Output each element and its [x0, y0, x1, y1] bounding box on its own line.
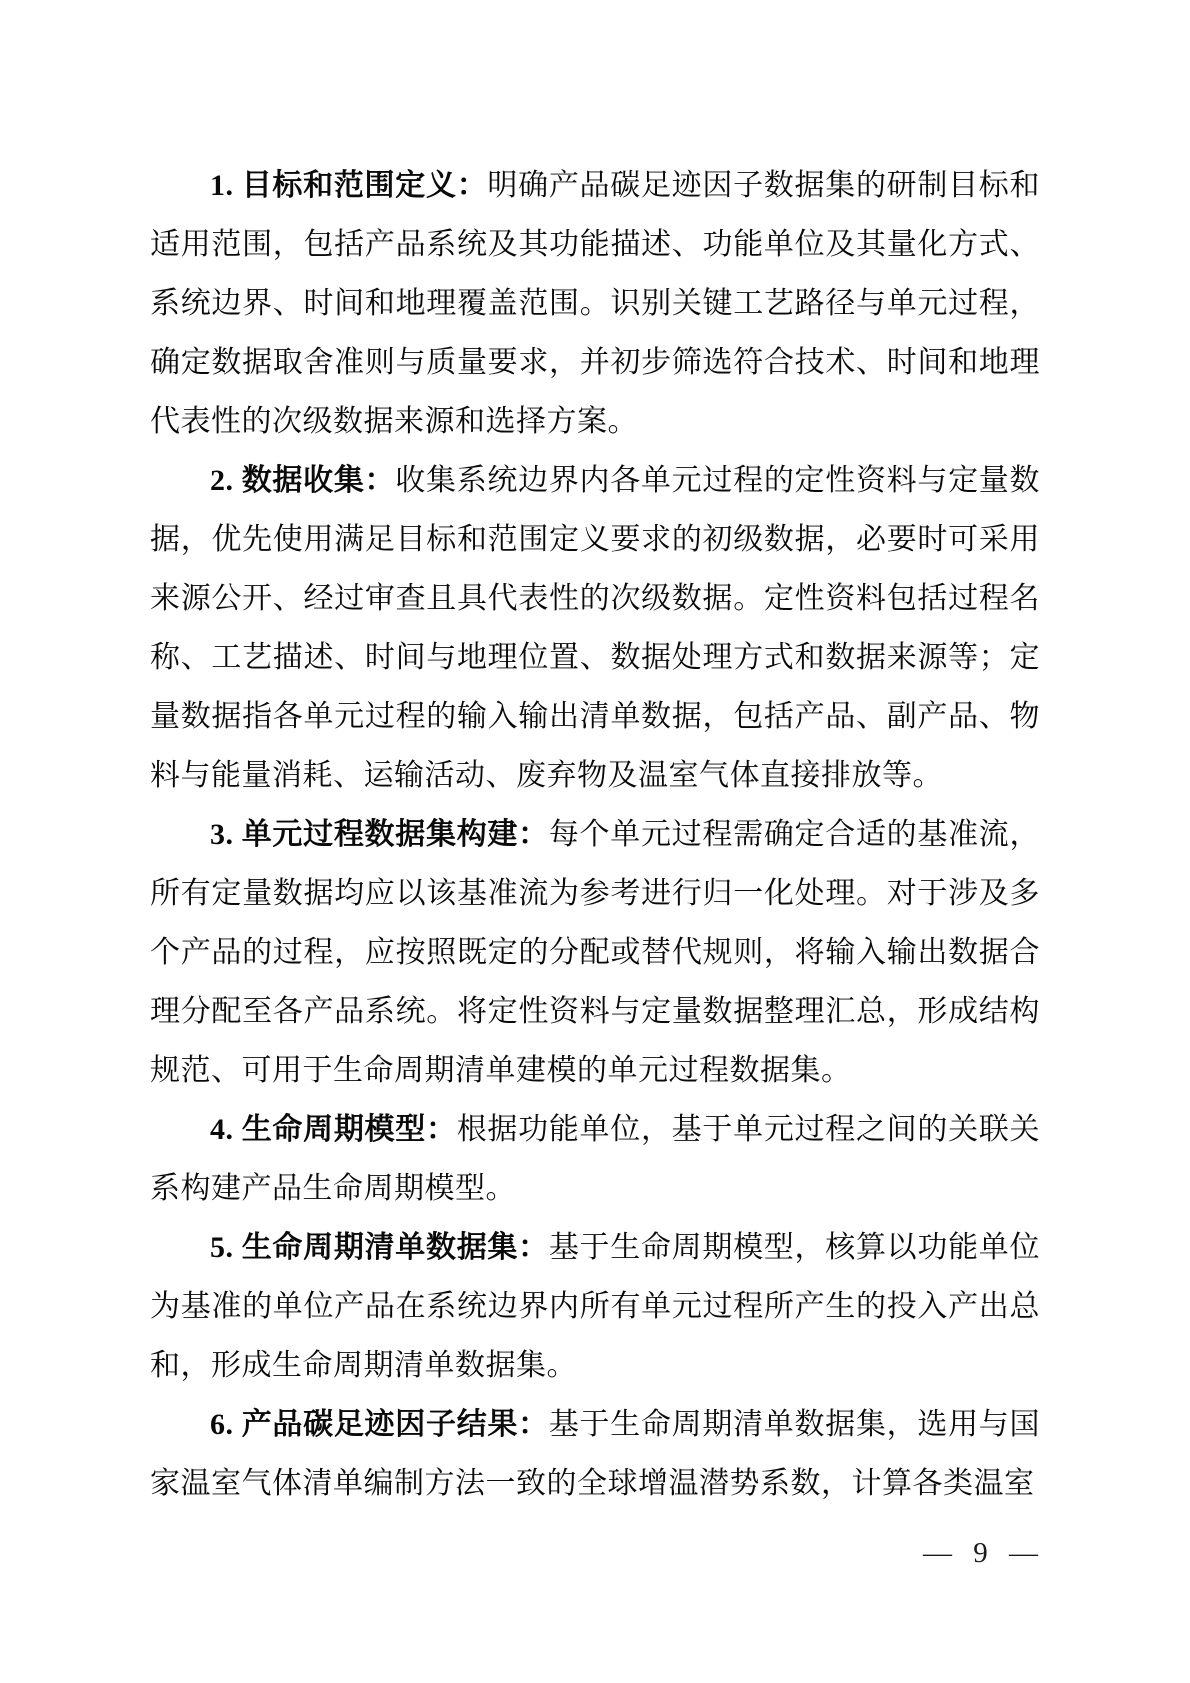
paragraph-heading: 5. 生命周期清单数据集： [210, 1231, 549, 1264]
paragraph-body: 明确产品碳足迹因子数据集的研制目标和适用范围，包括产品系统及其功能描述、功能单位… [150, 169, 1040, 438]
paragraph: 2. 数据收集：收集系统边界内各单元过程的定性资料与定量数据，优先使用满足目标和… [150, 451, 1040, 805]
paragraph-heading: 1. 目标和范围定义： [210, 169, 487, 202]
paragraph: 3. 单元过程数据集构建：每个单元过程需确定合适的基准流，所有定量数据均应以该基… [150, 805, 1040, 1100]
paragraph-heading: 2. 数据收集： [210, 464, 395, 497]
paragraph-heading: 4. 生命周期模型： [210, 1113, 457, 1146]
paragraph: 4. 生命周期模型：根据功能单位，基于单元过程之间的关联关系构建产品生命周期模型… [150, 1100, 1040, 1218]
paragraph-heading: 6. 产品碳足迹因子结果： [210, 1408, 549, 1441]
paragraph: 5. 生命周期清单数据集：基于生命周期模型，核算以功能单位为基准的单位产品在系统… [150, 1218, 1040, 1395]
paragraph-list: 1. 目标和范围定义：明确产品碳足迹因子数据集的研制目标和适用范围，包括产品系统… [150, 156, 1040, 1513]
paragraph-body: 收集系统边界内各单元过程的定性资料与定量数据，优先使用满足目标和范围定义要求的初… [150, 464, 1040, 792]
paragraph: 6. 产品碳足迹因子结果：基于生命周期清单数据集，选用与国家温室气体清单编制方法… [150, 1395, 1040, 1513]
document-page: 1. 目标和范围定义：明确产品碳足迹因子数据集的研制目标和适用范围，包括产品系统… [0, 0, 1190, 1683]
paragraph-body: 每个单元过程需确定合适的基准流，所有定量数据均应以该基准流为参考进行归一化处理。… [150, 818, 1040, 1087]
page-number: — 9 — [923, 1533, 1040, 1573]
paragraph-heading: 3. 单元过程数据集构建： [210, 818, 549, 851]
paragraph: 1. 目标和范围定义：明确产品碳足迹因子数据集的研制目标和适用范围，包括产品系统… [150, 156, 1040, 451]
